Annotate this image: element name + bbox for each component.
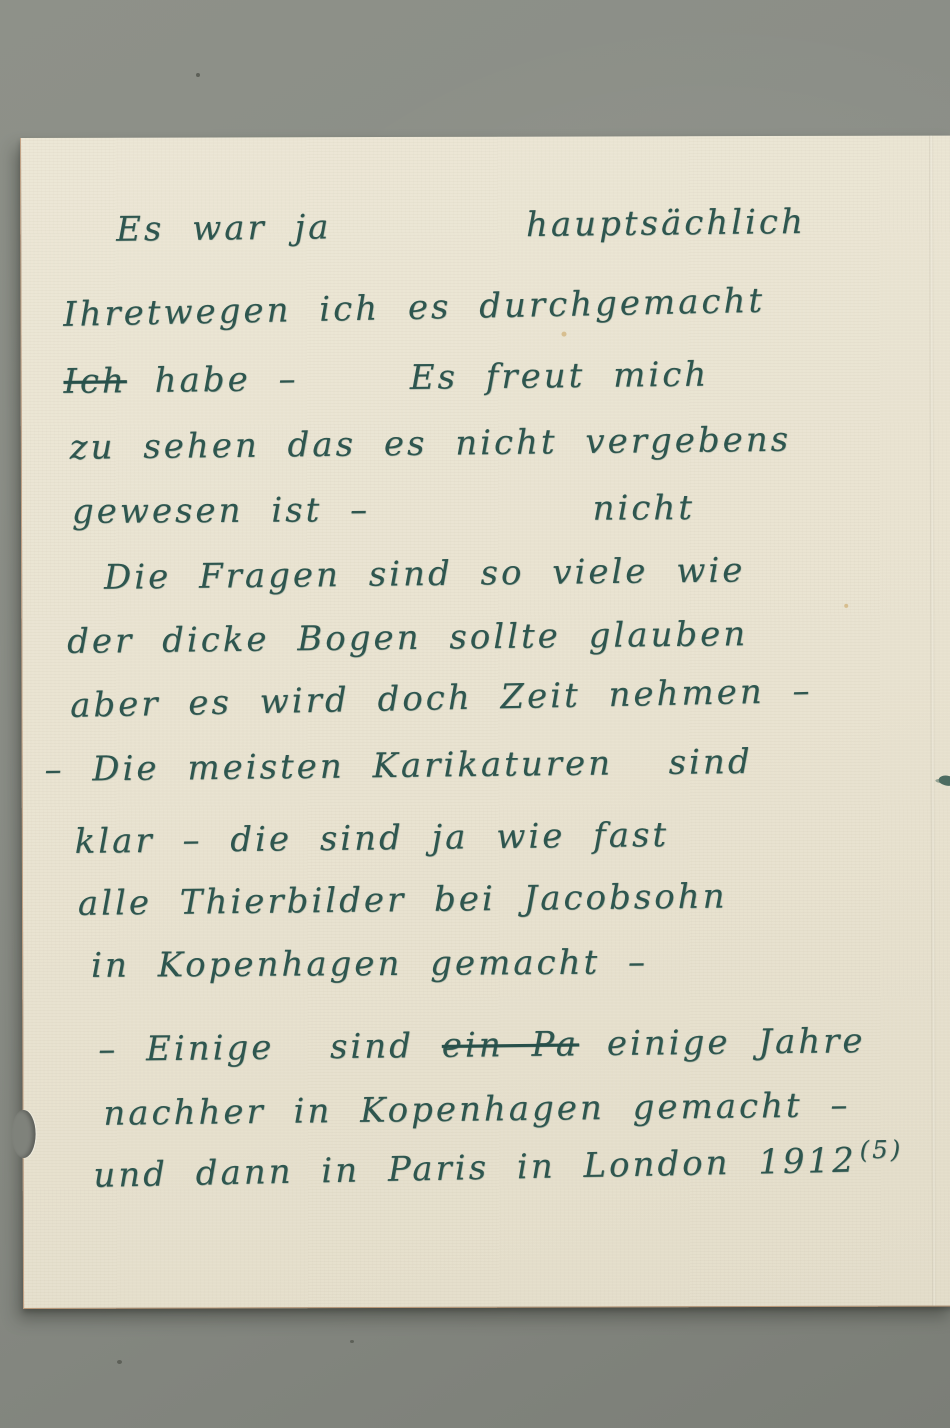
paper-tear-notch [12, 1110, 36, 1158]
handwritten-line-10: klar – die sind ja wie fast [74, 815, 672, 862]
handwritten-line-3: Ich habe – Es freut mich [63, 355, 712, 402]
paper-stain [562, 332, 567, 337]
handwritten-line-2: Ihretwegen ich es durchgemacht [63, 281, 769, 335]
handwritten-text-block: Es war ja hauptsächlich Ihretwegen ich e… [21, 136, 950, 138]
handwritten-line-7: der dicke Bogen sollte glauben [67, 614, 751, 662]
paper-crease [929, 136, 936, 1306]
photo-backdrop: Es war ja hauptsächlich Ihretwegen ich e… [0, 0, 950, 1428]
handwritten-line-6: Die Fragen sind so viele wie [104, 550, 749, 597]
handwritten-line-14: nachher in Kopenhagen gemacht – [103, 1085, 853, 1134]
handwritten-line-9: – Die meisten Karikaturen sind [44, 742, 756, 790]
handwritten-line-1: Es war ja hauptsächlich [116, 202, 809, 250]
handwritten-line-13: – Einige sind ein Pa einige Jahre [98, 1021, 869, 1070]
dust-speck [350, 1340, 354, 1343]
ink-smudge-right-edge [938, 774, 950, 788]
paper-stain [844, 604, 848, 608]
dust-speck [117, 1360, 122, 1364]
handwritten-line-4: zu sehen das es nicht vergebens [69, 420, 794, 468]
handwritten-line-8: aber es wird doch Zeit nehmen – [70, 671, 816, 726]
handwritten-line-11: alle Thierbilder bei Jacobsohn [78, 876, 731, 923]
handwritten-line-15: und dann in Paris in London 1912(5) [93, 1140, 904, 1196]
letter-page: Es war ja hauptsächlich Ihretwegen ich e… [20, 136, 950, 1309]
dust-speck [196, 73, 200, 77]
handwritten-line-5: gewesen ist – nicht [72, 488, 698, 532]
handwritten-line-12: in Kopenhagen gemacht – [91, 942, 651, 985]
